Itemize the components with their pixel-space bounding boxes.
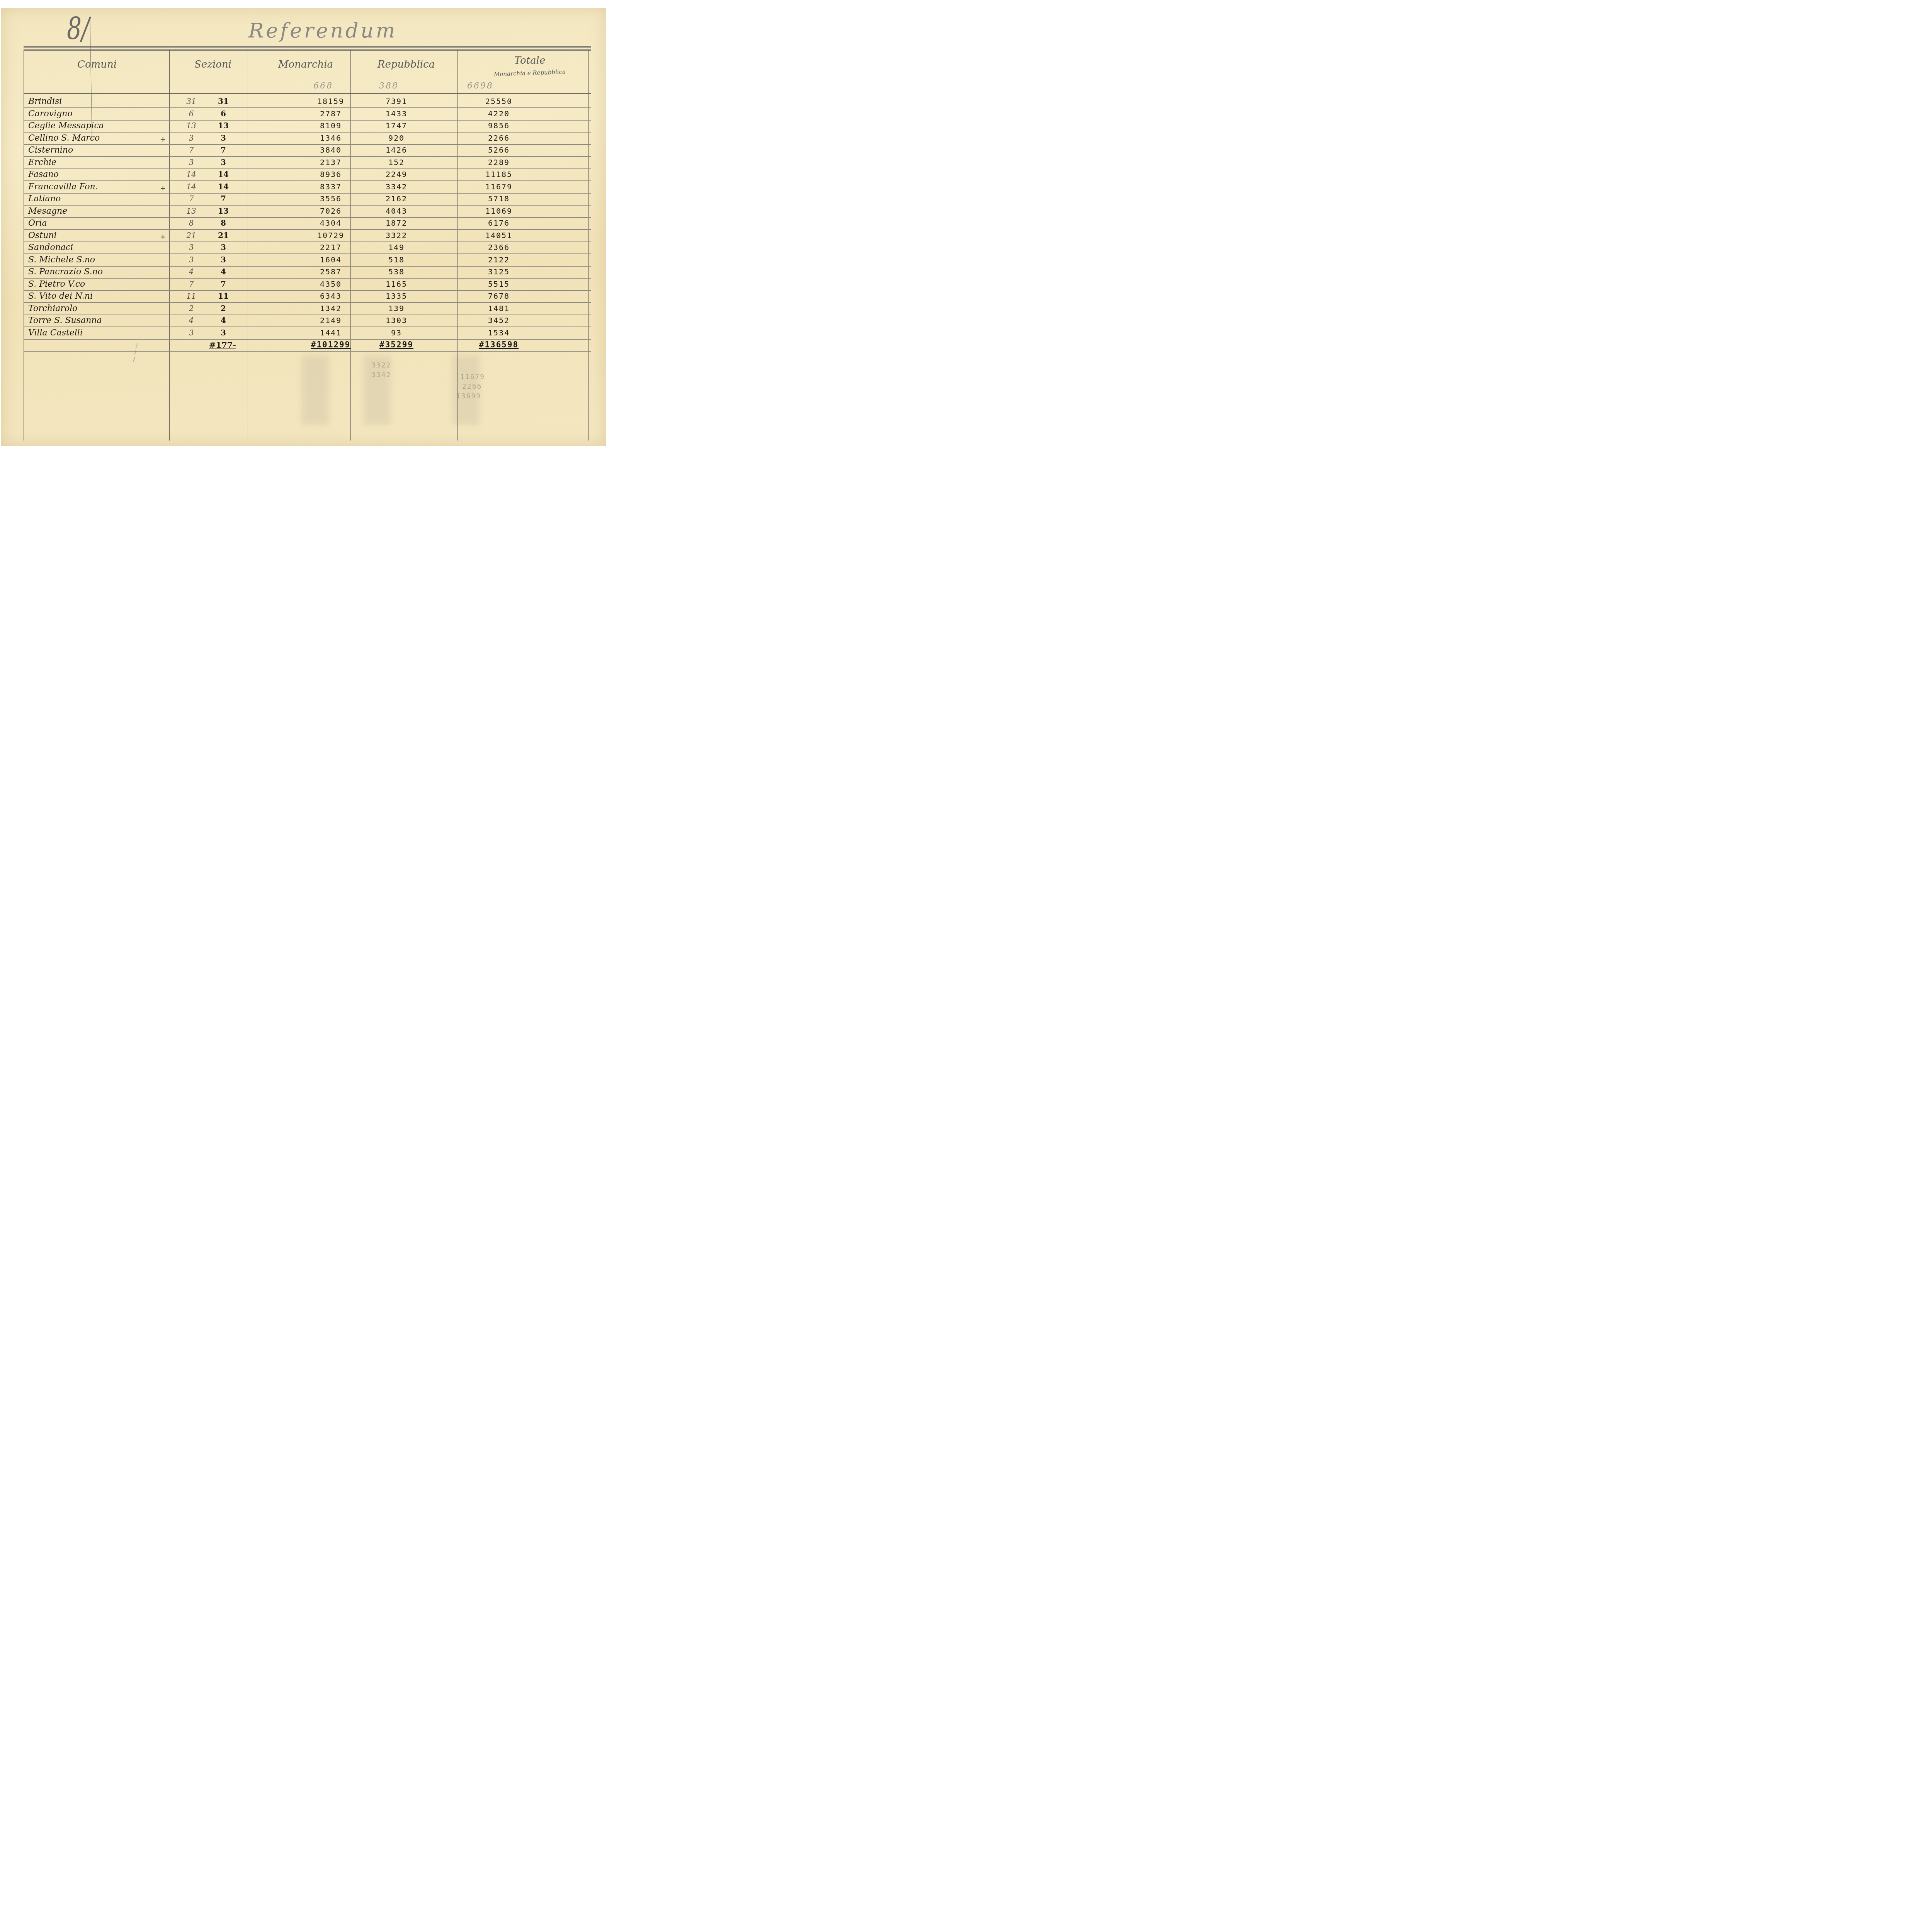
votes-totale: 4220 — [472, 109, 526, 118]
sezioni-count: 3 — [215, 158, 232, 167]
votes-monarchia: 1604 — [304, 255, 358, 264]
table-row: Fasano 14 14 8936 2249 11185 — [24, 169, 591, 180]
sezioni-pencil: 14 — [183, 170, 200, 179]
comune-name: Mesagne — [28, 206, 67, 216]
comune-name: Villa Castelli — [28, 328, 83, 338]
votes-monarchia: 2217 — [304, 243, 358, 252]
votes-repubblica: 2249 — [369, 170, 423, 179]
table-top-rule-2 — [24, 49, 591, 51]
offset-mark: 2266 — [462, 383, 482, 391]
header-sezioni: Sezioni — [178, 59, 248, 70]
sezioni-count: 13 — [215, 206, 232, 216]
sezioni-pencil: 21 — [183, 231, 200, 240]
table-row: Francavilla Fon. + 14 14 8337 3342 11679 — [24, 181, 591, 192]
votes-repubblica: 920 — [369, 133, 423, 143]
sezioni-count: 21 — [215, 231, 232, 240]
comune-name: Oria — [28, 218, 47, 228]
table-row: Villa Castelli 3 3 1441 93 1534 — [24, 327, 591, 338]
comune-name: Fasano — [28, 170, 59, 179]
sezioni-count: 3 — [215, 243, 232, 252]
votes-totale: 2366 — [472, 243, 526, 252]
votes-monarchia: 4350 — [304, 279, 358, 289]
votes-monarchia: 7026 — [304, 206, 358, 216]
votes-monarchia: 8936 — [304, 170, 358, 179]
votes-repubblica: 139 — [369, 304, 423, 313]
sezioni-count: 14 — [215, 182, 232, 191]
votes-repubblica: 149 — [369, 243, 423, 252]
sezioni-count: 31 — [215, 97, 232, 106]
votes-totale: 2289 — [472, 158, 526, 167]
pencil-subtotal-totale: 6698 — [467, 81, 493, 91]
comune-name: Brindisi — [28, 97, 62, 106]
offset-mark: 11679 — [460, 373, 485, 381]
votes-totale: 1534 — [472, 328, 526, 337]
sezioni-count: 7 — [215, 145, 232, 155]
sezioni-count: 14 — [215, 170, 232, 179]
sezioni-pencil: 3 — [183, 158, 200, 167]
sezioni-count: 11 — [215, 291, 232, 301]
votes-totale: 14051 — [472, 231, 526, 240]
comune-name: Francavilla Fon. — [28, 182, 98, 192]
folio-mark: 8/ — [67, 12, 89, 47]
sezioni-pencil: 8 — [183, 218, 200, 228]
votes-totale: 7678 — [472, 291, 526, 301]
header-totale-sub: Monarchia e Repubblica — [468, 67, 592, 78]
votes-repubblica: 1872 — [369, 218, 423, 228]
sezioni-count: 8 — [215, 218, 232, 228]
table-row: Cellino S. Marco + 3 3 1346 920 2266 — [24, 133, 591, 144]
totals-bottom-rule — [24, 351, 591, 352]
votes-totale: 5718 — [472, 194, 526, 203]
votes-repubblica: 7391 — [369, 97, 423, 106]
totals-row: #177- #101299 #35299 #136598 — [24, 339, 591, 350]
sezioni-count: 3 — [215, 255, 232, 264]
table-row: Ostuni + 21 21 10729 3322 14051 — [24, 230, 591, 241]
votes-repubblica: 518 — [369, 255, 423, 264]
votes-repubblica: 1335 — [369, 291, 423, 301]
votes-monarchia: 2137 — [304, 158, 358, 167]
votes-totale: 25550 — [472, 97, 526, 106]
sezioni-pencil: 13 — [183, 206, 200, 216]
header-comuni: Comuni — [54, 59, 139, 70]
results-table: Comuni Sezioni Monarchia Repubblica Tota… — [24, 46, 591, 440]
votes-totale: 3125 — [472, 267, 526, 276]
votes-repubblica: 1426 — [369, 145, 423, 155]
check-mark: + — [160, 233, 166, 241]
ink-smudge — [302, 355, 329, 425]
table-row: S. Pietro V.co 7 7 4350 1165 5515 — [24, 279, 591, 290]
table-row: Ceglie Messapica 13 13 8109 1747 9856 — [24, 120, 591, 131]
sezioni-pencil: 7 — [183, 194, 200, 203]
comune-name: Sandonaci — [28, 243, 73, 252]
sezioni-count: 6 — [215, 109, 232, 118]
table-row: Carovigno 6 6 2787 1433 4220 — [24, 108, 591, 119]
votes-totale: 11069 — [472, 206, 526, 216]
votes-totale: 5266 — [472, 145, 526, 155]
votes-monarchia: 10729 — [304, 231, 358, 240]
sezioni-pencil: 31 — [183, 97, 200, 106]
document-sheet: 8/ Referendum Comuni Sezioni Monarchia R… — [1, 8, 606, 446]
header-totale: Totale — [480, 55, 580, 66]
comune-name: Ceglie Messapica — [28, 121, 104, 131]
votes-repubblica: 3322 — [369, 231, 423, 240]
total-repubblica: #35299 — [369, 340, 423, 349]
table-row: Torre S. Susanna 4 4 2149 1303 3452 — [24, 315, 591, 326]
sezioni-count: 3 — [215, 133, 232, 143]
votes-totale: 3452 — [472, 316, 526, 325]
table-row: Latiano 7 7 3556 2162 5718 — [24, 193, 591, 204]
total-totale: #136598 — [472, 340, 526, 349]
check-mark: + — [160, 184, 166, 192]
votes-totale: 2122 — [472, 255, 526, 264]
votes-monarchia: 18159 — [304, 97, 358, 106]
table-row: S. Michele S.no 3 3 1604 518 2122 — [24, 254, 591, 265]
comune-name: S. Pietro V.co — [28, 279, 85, 289]
votes-monarchia: 3556 — [304, 194, 358, 203]
table-row: Oria 8 8 4304 1872 6176 — [24, 218, 591, 229]
votes-monarchia: 2587 — [304, 267, 358, 276]
votes-totale: 6176 — [472, 218, 526, 228]
votes-totale: 11185 — [472, 170, 526, 179]
sezioni-pencil: 11 — [183, 291, 200, 301]
votes-monarchia: 8337 — [304, 182, 358, 191]
offset-mark: 13699 — [456, 392, 481, 400]
sezioni-pencil: 4 — [183, 316, 200, 325]
table-row: Torchiarolo 2 2 1342 139 1481 — [24, 303, 591, 314]
sezioni-count: 3 — [215, 328, 232, 337]
votes-repubblica: 3342 — [369, 182, 423, 191]
table-row: Brindisi 31 31 18159 7391 25550 — [24, 96, 591, 107]
sezioni-pencil: 13 — [183, 121, 200, 130]
sezioni-count: 7 — [215, 194, 232, 203]
sezioni-pencil: 3 — [183, 255, 200, 264]
votes-monarchia: 8109 — [304, 121, 358, 130]
offset-mark: 3322 — [371, 361, 391, 369]
comune-name: Torchiarolo — [28, 304, 77, 313]
header-bottom-rule — [24, 93, 591, 94]
votes-monarchia: 2149 — [304, 316, 358, 325]
comune-name: Torre S. Susanna — [28, 316, 102, 325]
sezioni-pencil: 3 — [183, 133, 200, 143]
sezioni-pencil: 7 — [183, 145, 200, 155]
sezioni-pencil: 4 — [183, 267, 200, 276]
comune-name: S. Vito dei N.ni — [28, 291, 93, 301]
table-row: Cisternino 7 7 3840 1426 5266 — [24, 145, 591, 156]
sezioni-pencil: 6 — [183, 109, 200, 118]
check-mark: + — [160, 136, 166, 144]
sezioni-count: 4 — [215, 267, 232, 276]
sezioni-pencil: 3 — [183, 328, 200, 337]
votes-totale: 1481 — [472, 304, 526, 313]
sezioni-count: 2 — [215, 304, 232, 313]
votes-monarchia: 1346 — [304, 133, 358, 143]
votes-monarchia: 3840 — [304, 145, 358, 155]
table-row: S. Pancrazio S.no 4 4 2587 538 3125 — [24, 266, 591, 277]
table-row: Mesagne 13 13 7026 4043 11069 — [24, 206, 591, 217]
document-title: Referendum — [248, 19, 397, 43]
votes-repubblica: 1303 — [369, 316, 423, 325]
sezioni-count: 7 — [215, 279, 232, 289]
comune-name: S. Pancrazio S.no — [28, 267, 103, 277]
header-monarchia: Monarchia — [263, 59, 348, 70]
votes-repubblica: 2162 — [369, 194, 423, 203]
votes-repubblica: 1165 — [369, 279, 423, 289]
total-monarchia: #101299 — [304, 340, 358, 349]
sezioni-pencil: 7 — [183, 279, 200, 289]
votes-totale: 5515 — [472, 279, 526, 289]
sezioni-count: 13 — [215, 121, 232, 130]
header-repubblica: Repubblica — [364, 59, 449, 70]
votes-repubblica: 152 — [369, 158, 423, 167]
total-sezioni: #177- — [205, 340, 240, 350]
table-row: S. Vito dei N.ni 11 11 6343 1335 7678 — [24, 291, 591, 302]
table-row: Sandonaci 3 3 2217 149 2366 — [24, 242, 591, 253]
votes-repubblica: 1747 — [369, 121, 423, 130]
votes-monarchia: 2787 — [304, 109, 358, 118]
votes-repubblica: 93 — [369, 328, 423, 337]
table-row: Erchie 3 3 2137 152 2289 — [24, 157, 591, 168]
sezioni-pencil: 2 — [183, 304, 200, 313]
sezioni-pencil: 3 — [183, 243, 200, 252]
votes-totale: 2266 — [472, 133, 526, 143]
comune-name: Carovigno — [28, 109, 73, 119]
votes-repubblica: 4043 — [369, 206, 423, 216]
table-top-rule — [24, 46, 591, 48]
sezioni-pencil: 14 — [183, 182, 200, 191]
comune-name: Cisternino — [28, 145, 73, 155]
comune-name: Cellino S. Marco — [28, 133, 100, 143]
comune-name: Erchie — [28, 158, 56, 167]
votes-totale: 11679 — [472, 182, 526, 191]
comune-name: Latiano — [28, 194, 61, 204]
votes-repubblica: 538 — [369, 267, 423, 276]
votes-totale: 9856 — [472, 121, 526, 130]
votes-monarchia: 1342 — [304, 304, 358, 313]
votes-monarchia: 1441 — [304, 328, 358, 337]
sezioni-count: 4 — [215, 316, 232, 325]
pencil-subtotal-repubblica: 388 — [379, 81, 399, 91]
pencil-subtotal-monarchia: 668 — [313, 81, 333, 91]
offset-mark: 3342 — [371, 371, 391, 379]
comune-name: Ostuni — [28, 231, 57, 240]
comune-name: S. Michele S.no — [28, 255, 95, 265]
votes-monarchia: 6343 — [304, 291, 358, 301]
votes-repubblica: 1433 — [369, 109, 423, 118]
votes-monarchia: 4304 — [304, 218, 358, 228]
